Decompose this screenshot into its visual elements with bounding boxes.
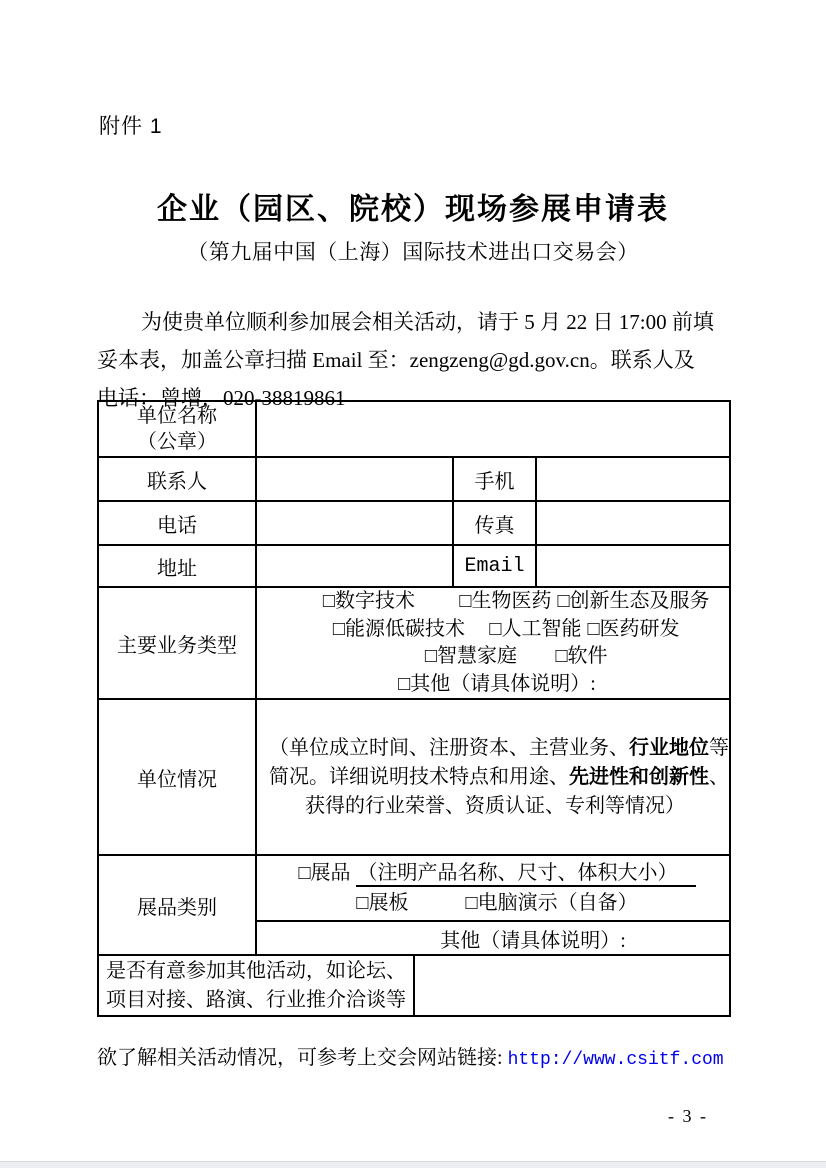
checkbox-computer-demo[interactable]: □电脑演示（自备） xyxy=(466,892,638,914)
checkbox-digital-technology[interactable]: □数字技术 xyxy=(284,588,453,616)
exhibit-other-field[interactable]: 其他（请具体说明）: xyxy=(256,921,730,955)
checkbox-icon: □ xyxy=(425,645,437,667)
checkbox-display-board[interactable]: □展板 xyxy=(356,892,408,914)
business-type-label: 主要业务类型 xyxy=(98,587,256,699)
checkbox-pharma-rd[interactable]: □医药研发 xyxy=(587,618,679,640)
website-link[interactable]: http://www.csitf.com xyxy=(508,1050,724,1070)
business-type-row4: □其他（请具体说明）: xyxy=(257,671,729,699)
checkbox-icon: □ xyxy=(323,590,335,612)
email-label: Email xyxy=(453,545,536,587)
mobile-label: 手机 xyxy=(453,457,536,501)
other-activities-field[interactable] xyxy=(414,955,730,1016)
company-info-instructions: （单位成立时间、注册资本、主营业务、行业地位等 简况。详细说明技术特点和用途、先… xyxy=(256,699,730,855)
company-info-line3: 获得的行业荣誉、资质认证、专利等情况） xyxy=(257,792,729,821)
info-text: 获得的行业荣誉、资质认证、专利等情况） xyxy=(305,795,685,817)
application-form-table: 单位名称 （公章） 联系人 手机 电话 传真 地址 Email 主要业务类型 xyxy=(97,400,731,1017)
contact-field[interactable] xyxy=(256,457,453,501)
checkbox-icon: □ xyxy=(555,645,567,667)
phone-field[interactable] xyxy=(256,501,453,545)
checkbox-other-business[interactable]: □其他（请具体说明）: xyxy=(398,673,596,695)
page-title: 企业（园区、院校）现场参展申请表 xyxy=(0,184,826,228)
checkbox-icon: □ xyxy=(356,892,368,914)
company-info-line1: （单位成立时间、注册资本、主营业务、行业地位等 xyxy=(257,734,729,763)
checkbox-smart-home[interactable]: □智慧家庭 xyxy=(386,643,555,671)
company-info-label: 单位情况 xyxy=(98,699,256,855)
checkbox-label: 展品 xyxy=(311,862,351,884)
unit-name-label-line1: 单位名称 xyxy=(99,403,255,429)
phone-label: 电话 xyxy=(98,501,256,545)
checkbox-label: 数字技术 xyxy=(335,590,415,612)
intro-line-2: 妥本表，加盖公章扫描 Email 至：zengzeng@gd.gov.cn。联系… xyxy=(97,341,737,379)
checkbox-icon: □ xyxy=(459,590,471,612)
exhibit-note-underlined: （注明产品名称、尺寸、体积大小） xyxy=(356,862,696,887)
checkbox-label: 电脑演示（自备） xyxy=(478,892,638,914)
checkbox-icon: □ xyxy=(398,673,410,695)
info-text: 等 xyxy=(709,737,729,759)
checkbox-label: 医药研发 xyxy=(600,618,680,640)
info-text-bold: 先进性和创新性 xyxy=(569,766,709,788)
business-type-row3: □智慧家庭□软件 xyxy=(257,643,729,671)
info-text-bold: 行业地位 xyxy=(629,737,709,759)
checkbox-label: 人工智能 xyxy=(502,618,582,640)
checkbox-exhibit-item[interactable]: □展品 xyxy=(298,862,350,884)
business-type-row1: □数字技术□生物医药□创新生态及服务 xyxy=(257,588,729,616)
footer-note: 欲了解相关活动情况，可参考上交会网站链接: http://www.csitf.c… xyxy=(97,1041,724,1070)
attachment-label: 附件 1 xyxy=(99,110,163,140)
fax-label: 传真 xyxy=(453,501,536,545)
checkbox-label: 展板 xyxy=(369,892,409,914)
footer-text: 欲了解相关活动情况，可参考上交会网站链接: xyxy=(97,1047,508,1069)
fax-field[interactable] xyxy=(536,501,730,545)
checkbox-icon: □ xyxy=(333,618,345,640)
other-activities-label: 是否有意参加其他活动，如论坛、项目对接、路演、行业推介洽谈等 xyxy=(98,955,414,1016)
checkbox-icon: □ xyxy=(489,618,501,640)
checkbox-label: 能源低碳技术 xyxy=(345,618,465,640)
unit-name-field[interactable] xyxy=(256,401,730,457)
checkbox-label: 其他（请具体说明）: xyxy=(410,673,596,695)
exhibit-category-label: 展品类别 xyxy=(98,855,256,955)
exhibit-row1: □展品 （注明产品名称、尺寸、体积大小） xyxy=(257,858,729,888)
exhibit-row2: □展板 □电脑演示（自备） xyxy=(257,888,729,918)
checkbox-icon: □ xyxy=(587,618,599,640)
contact-label: 联系人 xyxy=(98,457,256,501)
checkbox-label: 创新生态及服务 xyxy=(570,590,710,612)
unit-name-label: 单位名称 （公章） xyxy=(98,401,256,457)
document-page: 附件 1 企业（园区、院校）现场参展申请表 （第九届中国（上海）国际技术进出口交… xyxy=(0,0,826,1168)
mobile-field[interactable] xyxy=(536,457,730,501)
page-number: - 3 - xyxy=(668,1106,708,1127)
info-text: 简况。详细说明技术特点和用途、 xyxy=(269,766,569,788)
checkbox-label: 智慧家庭 xyxy=(437,645,517,667)
info-text: （单位成立时间、注册资本、主营业务、 xyxy=(269,737,629,759)
checkbox-biomedicine[interactable]: □生物医药 xyxy=(453,588,557,616)
checkbox-software[interactable]: □软件 xyxy=(555,645,607,667)
exhibit-options: □展品 （注明产品名称、尺寸、体积大小） □展板 □电脑演示（自备） xyxy=(256,855,730,921)
checkbox-icon: □ xyxy=(298,862,310,884)
unit-name-label-line2: （公章） xyxy=(99,429,255,455)
viewer-bottom-edge xyxy=(0,1161,826,1168)
checkbox-energy-low-carbon[interactable]: □能源低碳技术 xyxy=(314,616,483,644)
checkbox-label: 生物医药 xyxy=(472,590,552,612)
intro-line-1: 为使贵单位顺利参加展会相关活动，请于 5 月 22 日 17:00 前填 xyxy=(97,303,737,341)
info-text: 、 xyxy=(709,766,729,788)
checkbox-icon: □ xyxy=(557,590,569,612)
page-subtitle: （第九届中国（上海）国际技术进出口交易会） xyxy=(0,236,826,266)
business-type-row2: □能源低碳技术□人工智能□医药研发 xyxy=(257,616,729,644)
email-field[interactable] xyxy=(536,545,730,587)
business-type-options: □数字技术□生物医药□创新生态及服务 □能源低碳技术□人工智能□医药研发 □智慧… xyxy=(256,587,730,699)
checkbox-innovation-ecosystem-services[interactable]: □创新生态及服务 xyxy=(557,590,709,612)
checkbox-artificial-intelligence[interactable]: □人工智能 xyxy=(483,616,587,644)
address-label: 地址 xyxy=(98,545,256,587)
checkbox-label: 软件 xyxy=(568,645,608,667)
address-field[interactable] xyxy=(256,545,453,587)
company-info-line2: 简况。详细说明技术特点和用途、先进性和创新性、 xyxy=(257,763,729,792)
checkbox-icon: □ xyxy=(466,892,478,914)
